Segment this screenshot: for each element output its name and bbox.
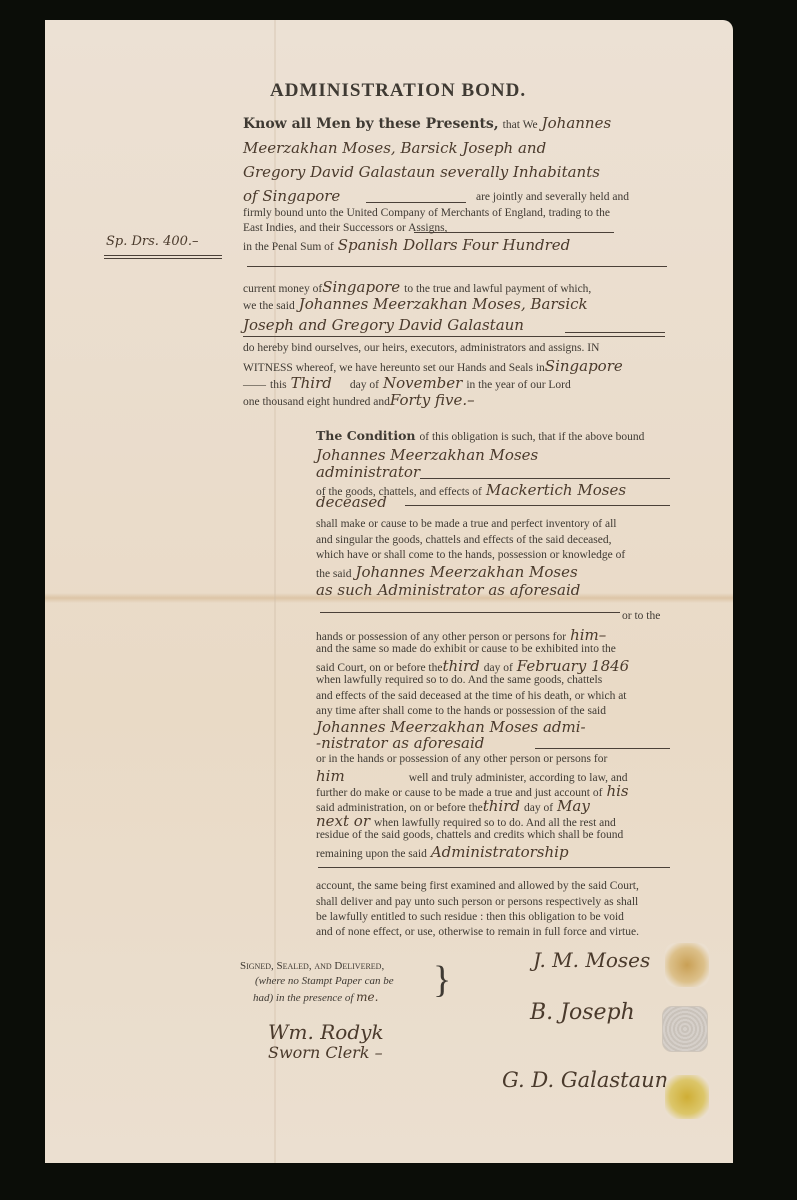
bind-line: do hereby bind ourselves, our heirs, exe… [243,342,599,354]
condition-line: or in the hands or possession of any oth… [316,753,607,765]
blank-rule [405,505,670,506]
condition-line: and singular the goods, chattels and eff… [316,534,612,546]
margin-rule [104,255,222,256]
intro-lead: Know all Men by these Presents, [243,116,499,132]
condition-line: or to the [622,610,660,622]
paper-seal-2 [662,1006,708,1052]
document-title: ADMINISTRATION BOND. [270,80,526,102]
witness-signature: Wm. Rodyk [268,1020,384,1044]
penal-line: in the Penal Sum of Spanish Dollars Four… [243,236,570,255]
condition-line-1: The Condition of this obligation is such… [316,427,644,445]
hand-administrator-name: Johannes Meerzakhan Moses [316,446,538,464]
attestation-line-3: had) in the presence of me. [253,990,378,1004]
condition-line: account, the same being first examined a… [316,880,639,892]
condition-line: and of none effect, or use, otherwise to… [316,926,639,938]
condition-line: residue of the said goods, chattels and … [316,829,623,841]
condition-line: which have or shall come to the hands, p… [316,549,625,561]
hand-names-3: Gregory David Galastaun severally Inhabi… [243,163,600,181]
margin-rule-2 [104,258,222,259]
signature-galastaun: G. D. Galastaun [502,1068,668,1092]
condition-line: be lawfully entitled to such residue : t… [316,911,624,923]
intro-line-1: Know all Men by these Presents, that We … [243,114,611,133]
margin-note: Sp. Drs. 400.– [106,234,199,249]
condition-line: any time after shall come to the hands o… [316,705,606,717]
condition-line: shall deliver and pay unto such person o… [316,896,638,908]
intro-held: are jointly and severally held and [476,191,629,203]
blank-rule [318,867,670,868]
hand-admin-3: -nistrator as aforesaid [316,734,484,752]
hand-obligors-2: Joseph and Gregory David Galastaun [243,316,524,334]
blank-rule [414,232,614,233]
witness-title: Sworn Clerk – [268,1043,383,1062]
intro-bound: firmly bound unto the United Company of … [243,207,610,219]
condition-line-said: the said Johannes Meerzakhan Moses [316,563,578,582]
hand-names-2: Meerzakhan Moses, Barsick Joseph and [243,139,546,157]
condition-line: shall make or cause to be made a true an… [316,518,616,530]
wax-seal-3 [665,1075,709,1119]
condition-line: and effects of the said deceased at the … [316,690,627,702]
hand-penal-sum: Spanish Dollars Four Hundred [338,236,571,254]
year-line: one thousand eight hundred andForty five… [243,391,475,410]
blank-rule [320,612,620,613]
blank-rule [420,478,670,479]
blank-rule [535,748,670,749]
blank-rule [247,266,667,267]
brace: } [433,958,451,1002]
blank-rule [243,336,665,337]
blank-rule [366,202,466,203]
wax-seal-1 [665,943,709,987]
hand-as-such: as such Administrator as aforesaid [316,581,580,599]
hand-names-1: Johannes [542,114,612,132]
signature-joseph: B. Joseph [530,1000,635,1025]
blank-rule [565,332,665,333]
we-said-line: we the said Johannes Meerzakhan Moses, B… [243,295,588,314]
condition-line-remaining: remaining upon the said Administratorshi… [316,843,569,862]
intro-line-place: of Singapore [243,187,340,206]
condition-line: when lawfully required so to do. And the… [316,674,602,686]
attestation-line-2: (where no Stampt Paper can be [255,975,394,987]
condition-line: and the same so made do exhibit or cause… [316,643,616,655]
attestation-line-1: Signed, Sealed, and Delivered, [240,960,384,972]
signature-moses: J. M. Moses [533,948,650,972]
hand-deceased: deceased [316,493,387,511]
hand-administrator: administrator [316,463,420,481]
